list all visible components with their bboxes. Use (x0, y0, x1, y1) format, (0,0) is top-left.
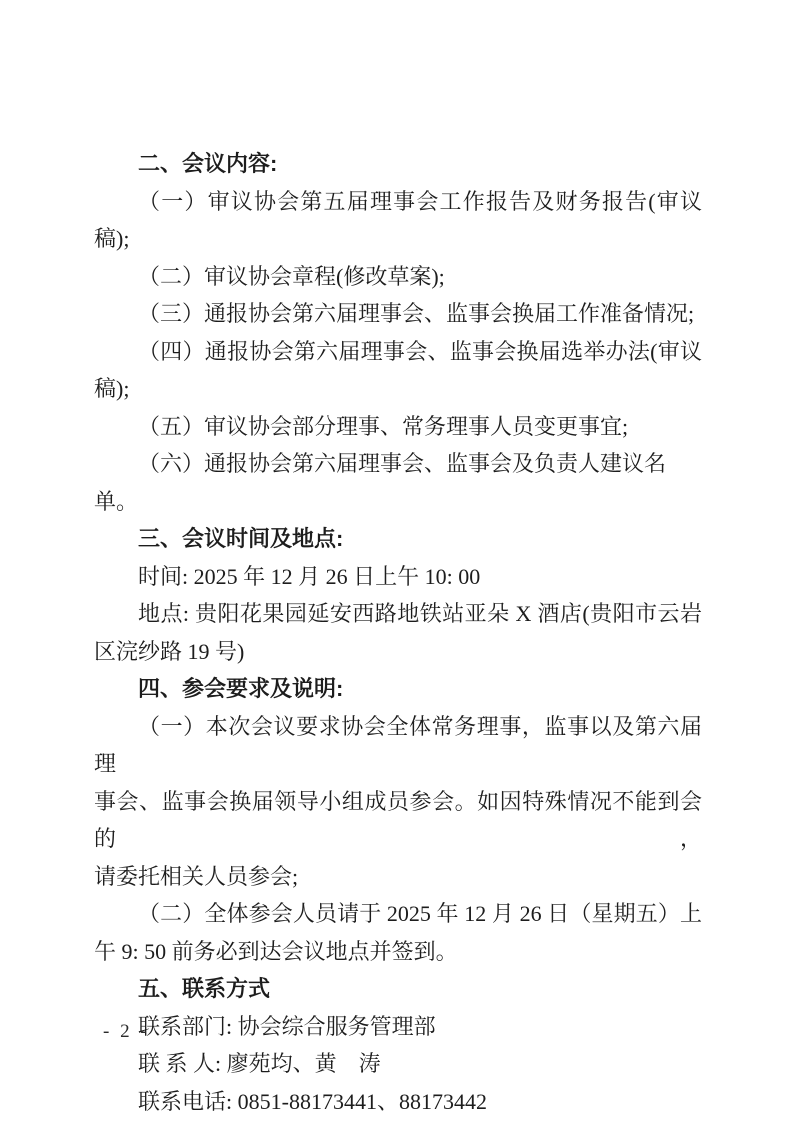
requirement-1-line-1: （一）本次会议要求协会全体常务理事，监事以及第六届理 (94, 708, 702, 783)
page-number: - 2 - (103, 1020, 150, 1044)
content-item-4-line-2: 稿); (94, 370, 702, 408)
meeting-location-line-2: 区浣纱路 19 号) (94, 633, 702, 671)
contact-phone: 联系电话: 0851-88173441、88173442 (94, 1083, 702, 1121)
meeting-location-line-1: 地点: 贵阳花果园延安西路地铁站亚朵 X 酒店(贵阳市云岩 (94, 595, 702, 633)
content-item-4-line-1: （四）通报协会第六届理事会、监事会换届选举办法(审议 (94, 333, 702, 371)
contact-person: 联 系 人: 廖苑均、黄 涛 (94, 1045, 702, 1083)
heading-section-2-meeting-content: 二、会议内容: (94, 145, 702, 183)
content-item-5: （五）审议协会部分理事、常务理事人员变更事宜; (94, 408, 702, 446)
content-item-2: （二）审议协会章程(修改草案); (94, 258, 702, 296)
heading-section-3-time-place: 三、会议时间及地点: (94, 520, 702, 558)
requirement-2-line-1: （二）全体参会人员请于 2025 年 12 月 26 日（星期五）上 (94, 895, 702, 933)
requirement-1-line-2: 事会、监事会换届领导小组成员参会。如因特殊情况不能到会的， (94, 783, 702, 858)
content-item-6: （六）通报协会第六届理事会、监事会及负责人建议名单。 (94, 445, 702, 520)
requirement-1-line-3: 请委托相关人员参会; (94, 858, 702, 896)
heading-section-5-contact: 五、联系方式 (94, 970, 702, 1008)
content-item-3: （三）通报协会第六届理事会、监事会换届工作准备情况; (94, 295, 702, 333)
content-item-1-line-1: （一）审议协会第五届理事会工作报告及财务报告(审议 (94, 183, 702, 221)
contact-department: 联系部门: 协会综合服务管理部 (94, 1008, 702, 1046)
document-body: 二、会议内容: （一）审议协会第五届理事会工作报告及财务报告(审议 稿); （二… (94, 145, 702, 1120)
meeting-time: 时间: 2025 年 12 月 26 日上午 10: 00 (94, 558, 702, 596)
requirement-2-line-2: 午 9: 50 前务必到达会议地点并签到。 (94, 933, 702, 971)
document-page: 二、会议内容: （一）审议协会第五届理事会工作报告及财务报告(审议 稿); （二… (0, 0, 800, 1131)
heading-section-4-requirements: 四、参会要求及说明: (94, 670, 702, 708)
content-item-1-line-2: 稿); (94, 220, 702, 258)
